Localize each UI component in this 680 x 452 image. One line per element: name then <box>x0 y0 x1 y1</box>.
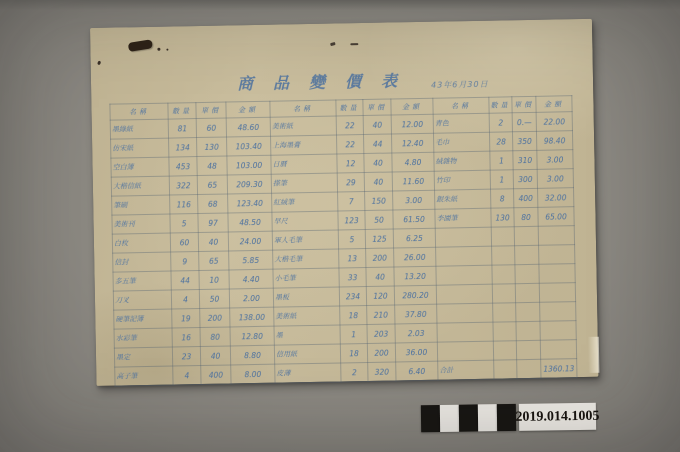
table-cell <box>493 303 516 322</box>
table-cell: 3.00 <box>393 190 435 210</box>
table-cell: 墨綠紙 <box>110 119 168 139</box>
table-cell <box>437 341 493 361</box>
table-cell <box>516 302 540 321</box>
header-cell: 金額 <box>226 101 270 118</box>
table-cell: 103.00 <box>227 155 271 175</box>
table-cell <box>437 303 493 323</box>
table-cell: 210 <box>367 305 395 325</box>
ink-mark <box>350 43 358 45</box>
table-cell <box>492 265 515 284</box>
table-cell: 28 <box>489 132 512 151</box>
table-cell: 毛巾 <box>433 132 489 152</box>
table-cell: 60 <box>170 233 198 253</box>
staple-mark <box>128 39 153 52</box>
table-cell: 絨雜物 <box>434 151 490 171</box>
table-cell: 1 <box>490 151 513 170</box>
table-cell: 墨定 <box>114 347 172 367</box>
table-cell: 美術刊 <box>112 214 170 234</box>
header-cell: 數量 <box>489 97 512 113</box>
table-cell: 美術紙 <box>270 116 336 136</box>
table-cell <box>494 360 517 379</box>
scale-square-black <box>421 405 440 432</box>
table-body: 墨綠紙816048.60美術紙224012.00青色20.—22.00仿宋紙13… <box>110 112 577 386</box>
table-cell: 32.00 <box>538 188 574 208</box>
table-cell: 48.50 <box>228 212 272 232</box>
table-cell: 50 <box>365 210 393 230</box>
table-cell: 320 <box>368 362 396 382</box>
table-cell: 高子筆 <box>115 366 173 386</box>
table-cell <box>515 264 539 283</box>
table-cell <box>492 246 515 265</box>
table-cell: 大楷毛筆 <box>273 249 339 269</box>
table-cell: 18 <box>340 305 367 324</box>
table-cell <box>436 265 492 285</box>
table-cell <box>493 341 516 360</box>
table-cell: 350 <box>512 131 536 150</box>
table-cell: 青色 <box>433 113 489 133</box>
table-cell <box>436 284 492 304</box>
table-cell: 400 <box>201 365 231 385</box>
catalog-number: 2019.014.1005 <box>515 408 599 425</box>
table-cell: 李園筆 <box>435 208 491 228</box>
table-cell: 23 <box>172 347 200 367</box>
header-cell: 金額 <box>391 98 433 115</box>
table-cell: 3.00 <box>537 150 573 170</box>
table-cell <box>539 264 575 284</box>
table-cell: 120 <box>366 286 394 306</box>
table-cell <box>538 226 574 246</box>
table-cell: 29 <box>337 172 364 191</box>
table-cell: 5.85 <box>229 250 273 270</box>
table-cell: 22 <box>336 116 363 135</box>
table-cell: 300 <box>513 169 537 188</box>
scale-square-black <box>459 404 478 431</box>
table-cell: 8.80 <box>230 345 274 365</box>
table-cell: 26.00 <box>394 247 436 267</box>
table-cell <box>539 245 575 265</box>
header-cell: 名稱 <box>433 97 489 114</box>
table-cell: 19 <box>172 309 200 329</box>
table-cell: 203 <box>367 324 395 344</box>
table-cell: 60 <box>196 118 226 138</box>
table-cell: 44 <box>363 134 391 154</box>
table-cell: 刀叉 <box>113 290 171 310</box>
table-cell: 80 <box>514 207 538 226</box>
table-cell: 40 <box>364 172 392 192</box>
table-cell <box>516 340 540 359</box>
table-cell <box>515 245 539 264</box>
header-cell: 數量 <box>168 103 196 120</box>
table-cell: 搽筆 <box>271 173 337 193</box>
table-cell: 13 <box>339 248 366 267</box>
table-cell: 白枚 <box>112 233 170 253</box>
table-cell <box>435 227 491 247</box>
table-cell: 10 <box>199 270 229 290</box>
table-cell: 12 <box>337 154 364 173</box>
table-cell <box>437 322 493 342</box>
table-cell: 322 <box>169 176 197 196</box>
table-cell: 早尺 <box>272 211 338 231</box>
header-cell: 單價 <box>512 96 536 112</box>
table-cell: 280.20 <box>394 285 436 305</box>
header-cell: 單價 <box>196 102 226 119</box>
ink-dot <box>97 60 101 65</box>
table-cell: 12.00 <box>391 114 433 134</box>
header-cell: 單價 <box>363 99 391 116</box>
table-cell: 0.— <box>512 112 536 131</box>
table-cell: 81 <box>168 119 196 139</box>
table-cell: 墨板 <box>273 287 339 307</box>
table-cell: 18 <box>340 343 367 362</box>
table-cell <box>491 227 514 246</box>
table-cell: 97 <box>198 213 228 233</box>
table-cell: 40 <box>200 346 230 366</box>
scale-bar <box>421 404 516 432</box>
table-cell: 138.00 <box>230 307 274 327</box>
table-cell: 1 <box>340 324 367 343</box>
table-cell: 8.00 <box>231 364 275 384</box>
table-cell: 6.25 <box>393 228 435 248</box>
table-cell: 200 <box>367 343 395 363</box>
table-cell: 2.03 <box>395 323 437 343</box>
price-table: 名稱數量單價金額名稱數量單價金額名稱數量單價金額 墨綠紙816048.60美術紙… <box>109 95 577 386</box>
table-cell: 37.80 <box>395 304 437 324</box>
table-cell: 銀朱紙 <box>435 189 491 209</box>
table-cell: 軍人毛筆 <box>272 230 338 250</box>
table-cell: 信封 <box>113 252 171 272</box>
table-cell: 40 <box>364 153 392 173</box>
table-cell: 68 <box>198 194 228 214</box>
table-cell: 36.00 <box>395 342 437 362</box>
header-cell: 名稱 <box>110 103 168 120</box>
table-cell <box>540 302 576 322</box>
table-cell: 4 <box>171 290 199 310</box>
table-cell: 1 <box>490 170 513 189</box>
table-cell: 234 <box>339 286 366 305</box>
table-cell: 125 <box>365 229 393 249</box>
document-title: 商品變價表 <box>91 65 563 97</box>
table-cell: 4.80 <box>392 152 434 172</box>
table-cell: 竹印 <box>434 170 490 190</box>
ink-mark <box>330 42 336 46</box>
table-cell: 400 <box>514 188 538 207</box>
table-cell: 22 <box>337 135 364 154</box>
table-cell: 紅絨筆 <box>272 192 338 212</box>
table-cell: 墨 <box>274 325 340 345</box>
table-cell: 多五筆 <box>113 271 171 291</box>
table-cell: 65 <box>197 175 227 195</box>
document-paper: 商品變價表 43年6月30日 名稱數量單價金額名稱數量單價金額名稱數量單價金額 … <box>90 19 598 386</box>
table-cell <box>540 340 576 360</box>
table-cell <box>493 322 516 341</box>
header-cell: 數量 <box>336 100 363 116</box>
table-cell: 40 <box>366 267 394 287</box>
table-cell: 信用紙 <box>274 344 340 364</box>
table-cell: 123.40 <box>228 193 272 213</box>
table-cell: 40 <box>363 115 391 135</box>
table-cell: 33 <box>339 267 366 286</box>
table-cell: 200 <box>200 308 230 328</box>
table-cell: 1360.13 <box>541 359 577 379</box>
table-cell: 4.40 <box>229 269 273 289</box>
table-cell: 200 <box>366 248 394 268</box>
table-cell: 水彩筆 <box>114 328 172 348</box>
table-cell <box>514 226 538 245</box>
table-cell: 4 <box>173 366 201 386</box>
table-cell: 11.60 <box>392 171 434 191</box>
table-cell: 5 <box>338 229 365 248</box>
table-cell: 310 <box>513 150 537 169</box>
table-cell: 50 <box>199 289 229 309</box>
table-cell <box>517 359 541 378</box>
table-cell: 48.60 <box>226 117 270 137</box>
scale-square-white <box>478 404 497 431</box>
table-cell: 209.30 <box>227 174 271 194</box>
scale-square-white <box>440 405 459 432</box>
table-cell: 日曆 <box>271 154 337 174</box>
table-cell <box>539 283 575 303</box>
table-cell: 5 <box>170 214 198 234</box>
table-cell: 筆刷 <box>112 195 170 215</box>
table-cell <box>540 321 576 341</box>
table-cell <box>436 246 492 266</box>
table-cell: 130 <box>491 208 514 227</box>
table-cell: 130 <box>197 137 227 157</box>
table-cell: 美術紙 <box>274 306 340 326</box>
header-cell: 金額 <box>536 96 572 113</box>
table-cell: 134 <box>169 138 197 158</box>
header-cell: 名稱 <box>270 100 336 117</box>
table-cell: 13.20 <box>394 266 436 286</box>
table-cell: 40 <box>198 232 228 252</box>
table-cell: 合計 <box>438 360 494 380</box>
table-cell: 44 <box>171 271 199 291</box>
table-cell: 仿宋紙 <box>111 138 169 158</box>
table-cell: 150 <box>365 191 393 211</box>
table-cell: 453 <box>169 157 197 177</box>
document-date: 43年6月30日 <box>431 79 489 91</box>
table-cell: 22.00 <box>536 112 572 132</box>
table-cell: 大楷信紙 <box>111 176 169 196</box>
table-cell: 65 <box>199 251 229 271</box>
table-cell: 123 <box>338 210 365 229</box>
table-cell: 48 <box>197 156 227 176</box>
table-cell: 空白簿 <box>111 157 169 177</box>
table-cell: 皮薄 <box>275 363 341 383</box>
table-cell: 小毛筆 <box>273 268 339 288</box>
table-cell: 2.00 <box>229 288 273 308</box>
photo-background: 商品變價表 43年6月30日 名稱數量單價金額名稱數量單價金額名稱數量單價金額 … <box>0 0 680 452</box>
table-cell: 116 <box>170 195 198 215</box>
table-cell <box>515 283 539 302</box>
table-cell: 16 <box>172 328 200 348</box>
table-cell: 2 <box>489 113 512 132</box>
table-cell: 9 <box>171 252 199 272</box>
ink-dot <box>166 49 168 51</box>
ink-dot <box>157 48 160 51</box>
table-cell: 80 <box>200 327 230 347</box>
table-cell: 12.80 <box>230 326 274 346</box>
table-cell: 3.00 <box>537 169 573 189</box>
table-cell: 上海墨膏 <box>271 135 337 155</box>
table-cell: 12.40 <box>391 133 433 153</box>
table-cell: 65.00 <box>538 207 574 227</box>
scale-and-label: 2019.014.1005 <box>421 403 596 432</box>
table-cell: 98.40 <box>536 131 572 151</box>
table-cell: 103.40 <box>227 136 271 156</box>
paper-fold <box>588 337 600 373</box>
table-cell <box>492 284 515 303</box>
catalog-label: 2019.014.1005 <box>519 403 596 431</box>
table-cell: 7 <box>338 191 365 210</box>
table-cell <box>516 321 540 340</box>
table-cell: 24.00 <box>228 231 272 251</box>
table-cell: 8 <box>491 189 514 208</box>
scale-square-black <box>497 404 516 431</box>
table-cell: 硬筆記簿 <box>114 309 172 329</box>
table-cell: 6.40 <box>396 361 438 381</box>
table-cell: 2 <box>341 362 368 381</box>
table-cell: 61.50 <box>393 209 435 229</box>
